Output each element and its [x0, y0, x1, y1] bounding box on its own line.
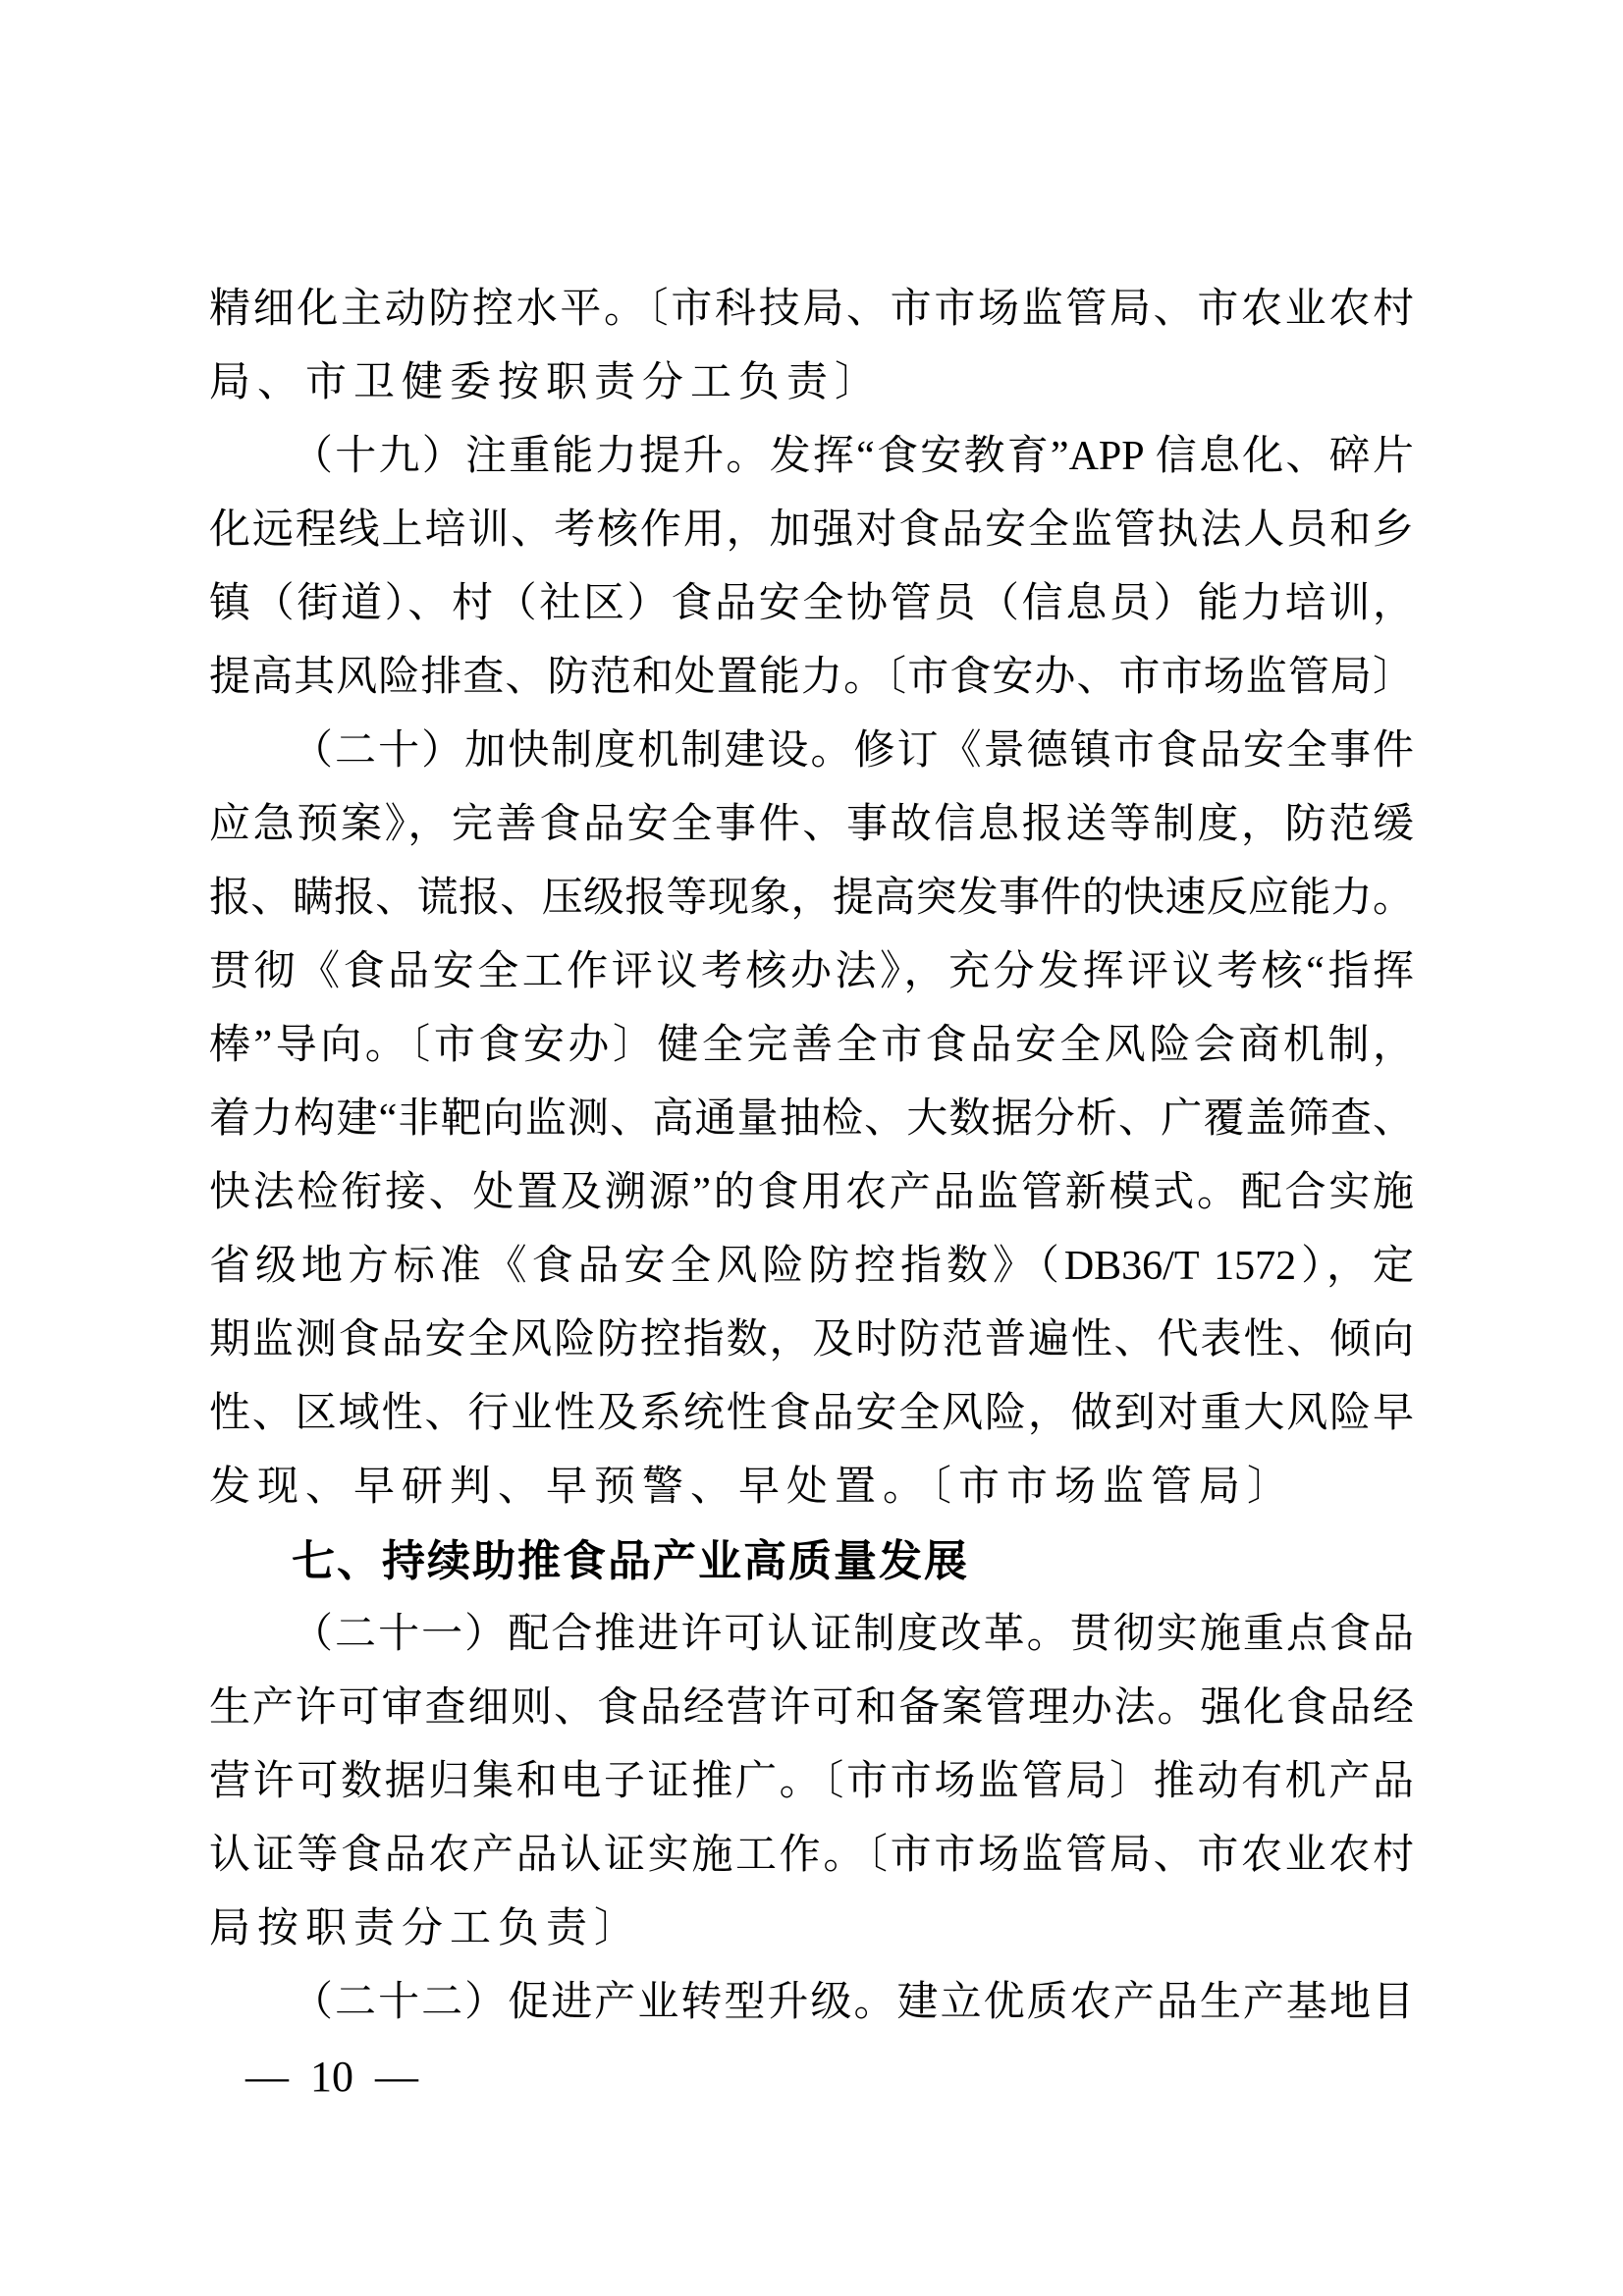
text-line: 镇（街道）、村（社区）食品安全协管员（信息员）能力培训，	[209, 567, 1414, 641]
text-line: 快法检衔接、处置及溯源”的食用农产品监管新模式。配合实施	[209, 1156, 1414, 1230]
text-line: 着力构建“非靶向监测、高通量抽检、大数据分析、广覆盖筛查、	[209, 1083, 1414, 1156]
text-line: （二十一）配合推进许可认证制度改革。贯彻实施重点食品	[209, 1598, 1414, 1672]
text-line: 局、市卫健委按职责分工负责〕	[209, 347, 1414, 420]
text-line: 化远程线上培训、考核作用，加强对食品安全监管执法人员和乡	[209, 494, 1414, 567]
text-line: 贯彻《食品安全工作评议考核办法》，充分发挥评议考核“指挥	[209, 935, 1414, 1009]
text-line: 发现、早研判、早预警、早处置。〔市市场监管局〕	[209, 1451, 1414, 1524]
text-line: 精细化主动防控水平。〔市科技局、市市场监管局、市农业农村	[209, 273, 1414, 347]
text-line: （二十二）促进产业转型升级。建立优质农产品生产基地目	[209, 1966, 1414, 2040]
text-line: （十九）注重能力提升。发挥“食安教育”APP 信息化、碎片	[209, 420, 1414, 494]
text-line: 营许可数据归集和电子证推广。〔市市场监管局〕推动有机产品	[209, 1745, 1414, 1819]
text-line: 提高其风险排查、防范和处置能力。〔市食安办、市市场监管局〕	[209, 641, 1414, 715]
text-line: 期监测食品安全风险防控指数，及时防范普遍性、代表性、倾向	[209, 1304, 1414, 1377]
document-body: 精细化主动防控水平。〔市科技局、市市场监管局、市农业农村局、市卫健委按职责分工负…	[209, 273, 1414, 2040]
footer-dash-right: —	[375, 2052, 418, 2102]
text-line: 棒”导向。〔市食安办〕健全完善全市食品安全风险会商机制，	[209, 1009, 1414, 1083]
page-number: 10	[310, 2052, 353, 2102]
document-page: 精细化主动防控水平。〔市科技局、市市场监管局、市农业农村局、市卫健委按职责分工负…	[0, 0, 1623, 2296]
text-line: 省级地方标准《食品安全风险防控指数》（DB36/T 1572），定	[209, 1230, 1414, 1304]
page-footer: — 10 —	[245, 2044, 418, 2109]
footer-dash-left: —	[245, 2052, 289, 2102]
text-line: 报、瞒报、谎报、压级报等现象，提高突发事件的快速反应能力。	[209, 862, 1414, 935]
text-line: 生产许可审查细则、食品经营许可和备案管理办法。强化食品经	[209, 1672, 1414, 1745]
section-heading: 七、持续助推食品产业高质量发展	[209, 1524, 1414, 1598]
text-line: 性、区域性、行业性及系统性食品安全风险，做到对重大风险早	[209, 1377, 1414, 1451]
text-line: （二十）加快制度机制建设。修订《景德镇市食品安全事件	[209, 715, 1414, 788]
text-line: 认证等食品农产品认证实施工作。〔市市场监管局、市农业农村	[209, 1819, 1414, 1893]
text-line: 应急预案》，完善食品安全事件、事故信息报送等制度，防范缓	[209, 788, 1414, 862]
text-line: 局按职责分工负责〕	[209, 1893, 1414, 1966]
